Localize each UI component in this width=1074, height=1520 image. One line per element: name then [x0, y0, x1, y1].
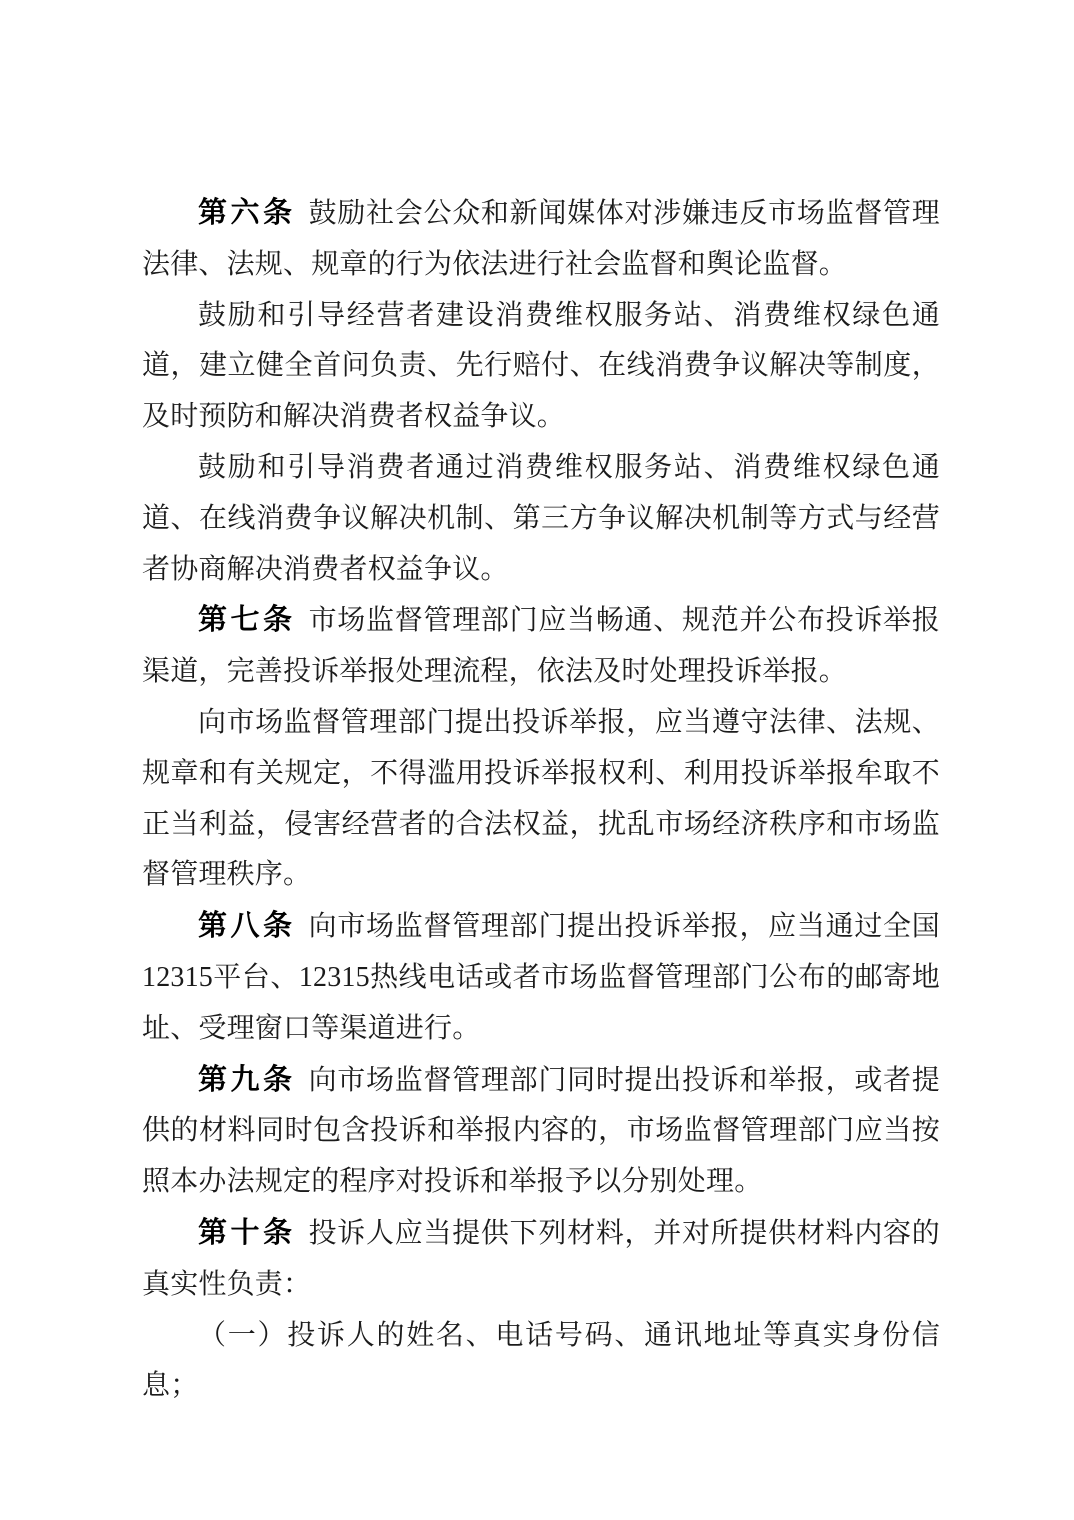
paragraph-text: （一）投诉人的姓名、电话号码、通讯地址等真实身份信息； — [142, 1320, 940, 1402]
article-7-heading: 第七条 — [198, 604, 296, 636]
paragraph-article-9: 第九条向市场监督管理部门同时提出投诉和举报，或者提供的材料同时包含投诉和举报内容… — [142, 1055, 940, 1208]
paragraph-article-6-clause-3: 鼓励和引导消费者通过消费维权服务站、消费维权绿色通道、在线消费争议解决机制、第三… — [142, 443, 940, 595]
paragraph-article-8: 第八条向市场监督管理部门提出投诉举报，应当通过全国12315平台、12315热线… — [142, 901, 940, 1054]
paragraph-article-7: 第七条市场监督管理部门应当畅通、规范并公布投诉举报渠道，完善投诉举报处理流程，依… — [142, 595, 940, 698]
paragraph-text: 鼓励和引导经营者建设消费维权服务站、消费维权绿色通道，建立健全首问负责、先行赔付… — [142, 300, 940, 433]
paragraph-article-6-clause-2: 鼓励和引导经营者建设消费维权服务站、消费维权绿色通道，建立健全首问负责、先行赔付… — [142, 291, 940, 443]
article-8-heading: 第八条 — [198, 910, 296, 942]
article-9-heading: 第九条 — [198, 1064, 296, 1096]
paragraph-article-10-item-1: （一）投诉人的姓名、电话号码、通讯地址等真实身份信息； — [142, 1311, 940, 1413]
paragraph-text: 向市场监督管理部门提出投诉举报，应当遵守法律、法规、规章和有关规定，不得滥用投诉… — [142, 707, 940, 890]
paragraph-article-7-clause-2: 向市场监督管理部门提出投诉举报，应当遵守法律、法规、规章和有关规定，不得滥用投诉… — [142, 698, 940, 901]
paragraph-article-6: 第六条鼓励社会公众和新闻媒体对涉嫌违反市场监督管理法律、法规、规章的行为依法进行… — [142, 188, 940, 291]
article-6-heading: 第六条 — [198, 197, 296, 229]
paragraph-text: 鼓励和引导消费者通过消费维权服务站、消费维权绿色通道、在线消费争议解决机制、第三… — [142, 452, 940, 585]
article-10-heading: 第十条 — [198, 1217, 296, 1249]
document-body: 第六条鼓励社会公众和新闻媒体对涉嫌违反市场监督管理法律、法规、规章的行为依法进行… — [142, 188, 940, 1412]
paragraph-article-10: 第十条投诉人应当提供下列材料，并对所提供材料内容的真实性负责： — [142, 1208, 940, 1311]
document-page: { "page": { "background_color": "#ffffff… — [0, 0, 1074, 1520]
